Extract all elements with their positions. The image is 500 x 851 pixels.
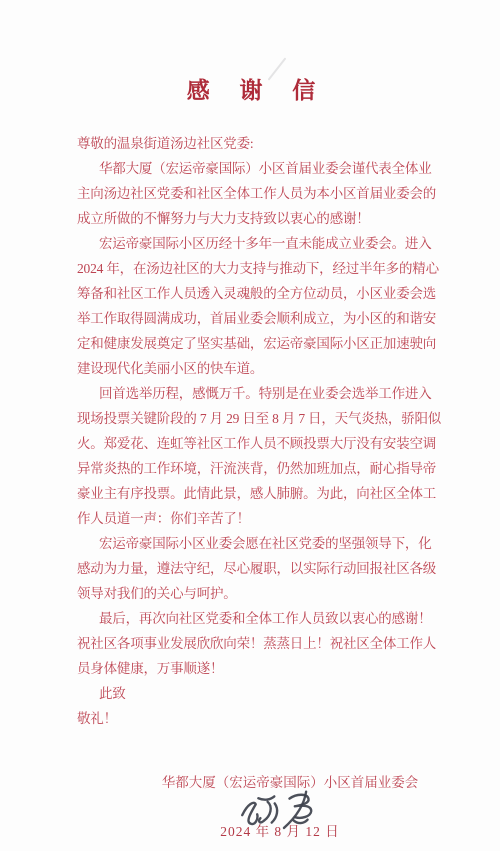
body-line: 宏运帝豪国际小区业委会愿在社区党委的坚强领导下，化 xyxy=(77,531,457,556)
body-line: 作人员道一声：你们辛苦了！ xyxy=(77,506,457,531)
body-line: 宏运帝豪国际小区历经十多年一直未能成立业委会。进入 xyxy=(77,231,457,256)
body-line: 2024 年，在汤边社区的大力支持与推动下，经过半年多的精心 xyxy=(77,256,457,281)
body-line: 定和健康发展奠定了坚实基础，宏运帝豪国际小区正加速驶向 xyxy=(77,331,457,356)
letter-page: 感 谢 信 尊敬的温泉街道汤边社区党委: 华都大厦（宏运帝豪国际）小区首届业委会… xyxy=(0,0,500,851)
body-line: 感动为力量，遵法守纪，尽心履职，以实际行动回报社区各级 xyxy=(77,556,457,581)
body-line: 祝社区各项事业发展欣欣向荣！蒸蒸日上！祝社区全体工作人 xyxy=(77,631,457,656)
body-line: 建设现代化美丽小区的快车道。 xyxy=(77,356,457,381)
signature-date: 2024 年 8 月 12 日 xyxy=(100,820,460,840)
body-line: 最后，再次向社区党委和全体工作人员致以衷心的感谢！ xyxy=(77,606,457,631)
closing-cizhi: 此致 xyxy=(77,681,457,706)
body-line: 异常炎热的工作环境，汗流浃背，仍然加班加点，耐心指导帝 xyxy=(77,456,457,481)
body-line: 现场投票关键阶段的 7 月 29 日至 8 月 7 日，天气炎热，骄阳似 xyxy=(77,406,457,431)
body-line: 主向汤边社区党委和社区全体工作人员为本小区首届业委会的 xyxy=(77,181,457,206)
body-line: 员身体健康，万事顺遂！ xyxy=(77,656,457,681)
closing-jingli: 敬礼！ xyxy=(77,706,457,731)
body-line: 成立所做的不懈努力与大力支持致以衷心的感谢！ xyxy=(77,206,457,231)
body-line: 筹备和社区工作人员透入灵魂般的全方位动员，小区业委会选 xyxy=(77,281,457,306)
salutation-line: 尊敬的温泉街道汤边社区党委: xyxy=(77,131,457,156)
body-line: 华都大厦（宏运帝豪国际）小区首届业委会谨代表全体业 xyxy=(77,156,457,181)
letter-body: 尊敬的温泉街道汤边社区党委: 华都大厦（宏运帝豪国际）小区首届业委会谨代表全体业… xyxy=(77,131,457,731)
body-line: 豪业主有序投票。此情此景，感人肺腑。为此，向社区全体工 xyxy=(77,481,457,506)
body-line: 回首选举历程，感慨万千。特别是在业委会选举工作进入 xyxy=(77,381,457,406)
body-line: 领导对我们的关心与呵护。 xyxy=(77,581,457,606)
body-line: 举工作取得圆满成功，首届业委会顺利成立，为小区的和谐安 xyxy=(77,306,457,331)
body-line: 火。郑爱花、连虹等社区工作人员不顾投票大厅没有安装空调 xyxy=(77,431,457,456)
letter-title: 感 谢 信 xyxy=(0,72,500,105)
